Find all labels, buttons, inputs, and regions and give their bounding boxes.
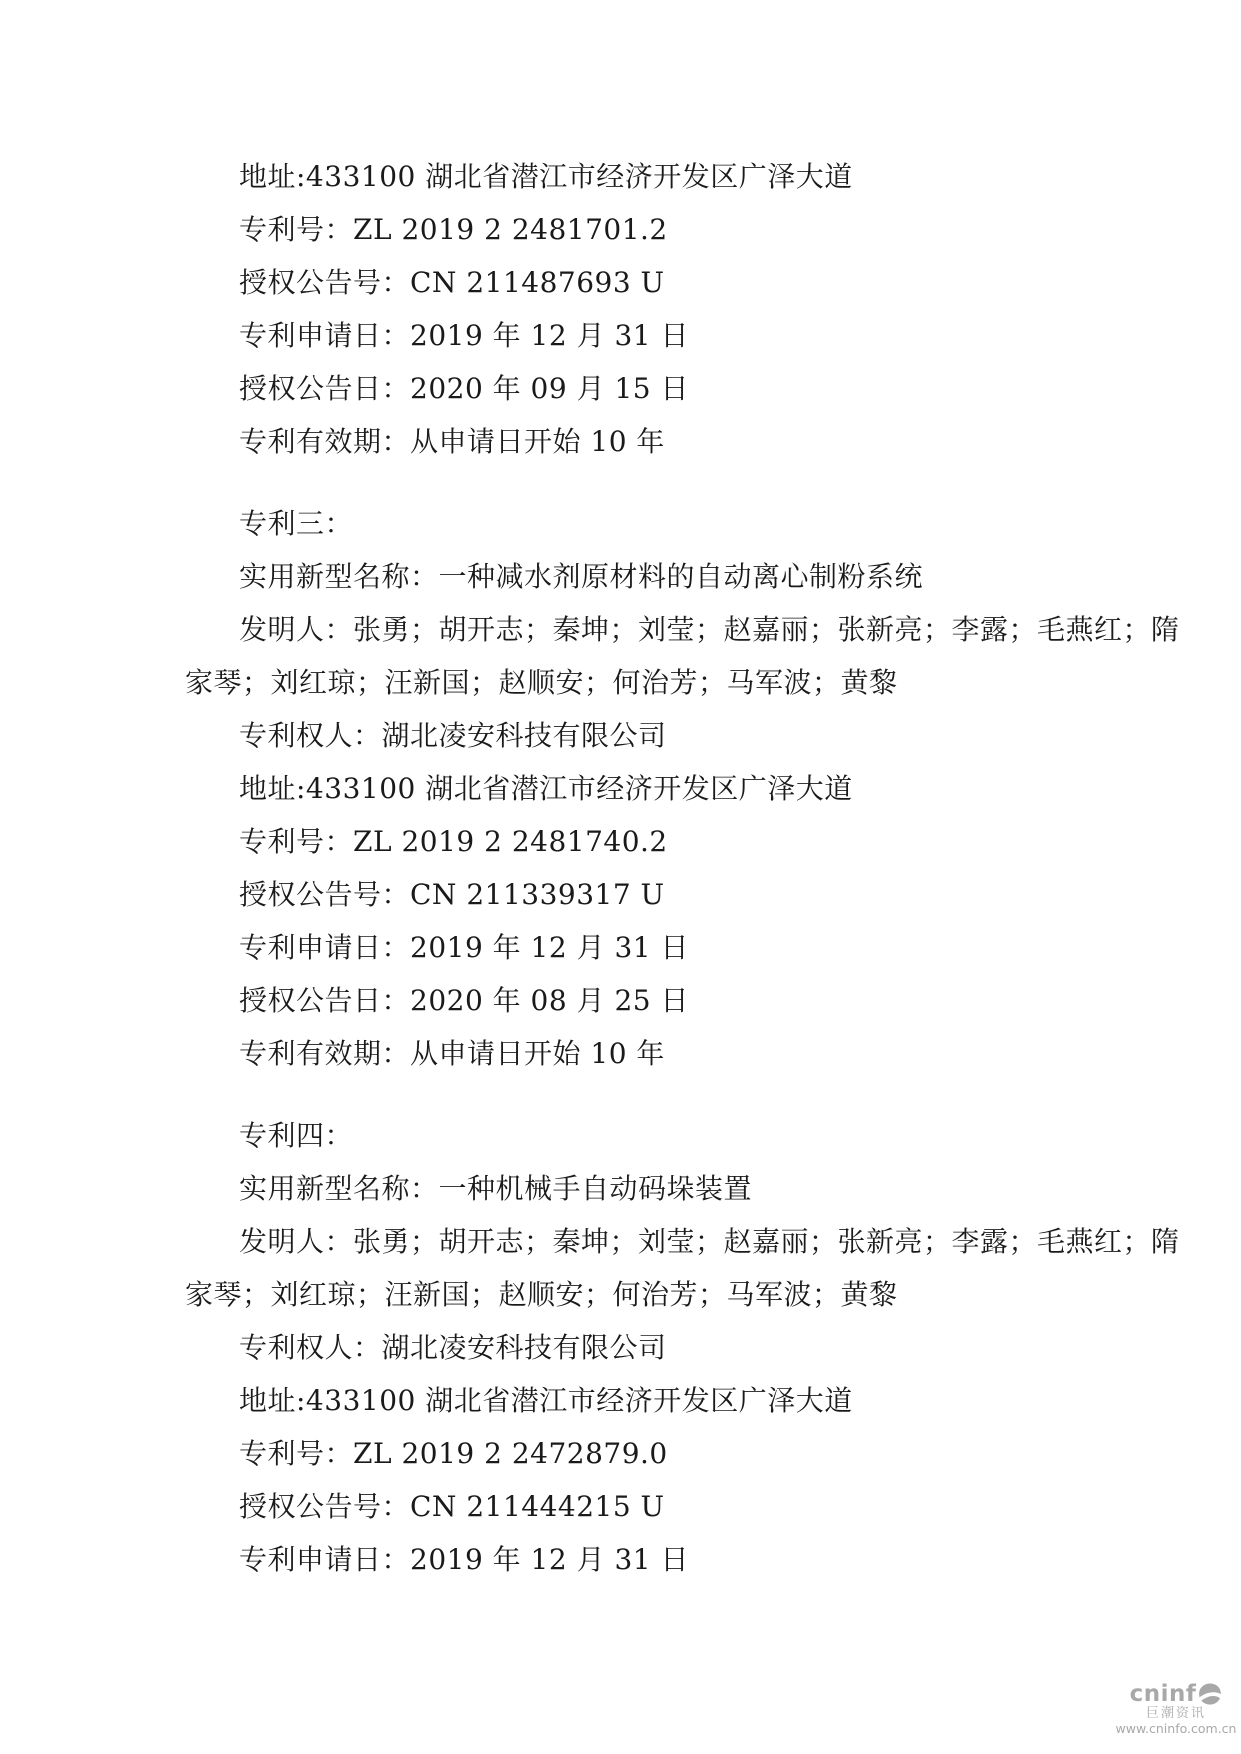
patent-2-validity: 专利有效期：从申请日开始 10 年: [185, 415, 1065, 468]
patent-3-number: 专利号：ZL 2019 2 2481740.2: [185, 815, 1065, 868]
patent-2-grant-number: 授权公告号：CN 211487693 U: [185, 256, 1065, 309]
patent-4-application-date: 专利申请日：2019 年 12 月 31 日: [185, 1533, 1065, 1586]
document-body: 地址:433100 湖北省潜江市经济开发区广泽大道 专利号：ZL 2019 2 …: [185, 150, 1065, 1586]
section-divider: [185, 468, 1065, 497]
patent-4-heading: 专利四：: [185, 1109, 1065, 1162]
patent-2-number: 专利号：ZL 2019 2 2481701.2: [185, 203, 1065, 256]
patent-4-grant-number: 授权公告号：CN 211444215 U: [185, 1480, 1065, 1533]
cninfo-watermark: cninf 巨潮资讯 www.cninfo.com.cn: [1118, 1682, 1234, 1735]
patent-2-details: 地址:433100 湖北省潜江市经济开发区广泽大道 专利号：ZL 2019 2 …: [185, 150, 1065, 468]
patent-3-inventors-line-1: 发明人：张勇；胡开志；秦坤；刘莹；赵嘉丽；张新亮；李露；毛燕红；隋: [185, 603, 1065, 656]
patent-4-number: 专利号：ZL 2019 2 2472879.0: [185, 1427, 1065, 1480]
patent-3-grant-date: 授权公告日：2020 年 08 月 25 日: [185, 974, 1065, 1027]
cninfo-logo: cninf: [1130, 1682, 1223, 1706]
patent-4-inventors-line-1: 发明人：张勇；胡开志；秦坤；刘莹；赵嘉丽；张新亮；李露；毛燕红；隋: [185, 1215, 1065, 1268]
patent-2-address: 地址:433100 湖北省潜江市经济开发区广泽大道: [185, 150, 1065, 203]
patent-4-inventors-line-2: 家琴；刘红琼；汪新国；赵顺安；何治芳；马军波；黄黎: [185, 1268, 1065, 1321]
cninfo-swirl-icon: [1198, 1682, 1222, 1706]
patent-3-application-date: 专利申请日：2019 年 12 月 31 日: [185, 921, 1065, 974]
cninfo-site-name: 巨潮资讯: [1146, 1707, 1206, 1721]
cninfo-site-url: www.cninfo.com.cn: [1116, 1722, 1237, 1735]
patent-3-address: 地址:433100 湖北省潜江市经济开发区广泽大道: [185, 762, 1065, 815]
cninfo-logo-text: cninf: [1130, 1683, 1197, 1706]
patent-2-application-date: 专利申请日：2019 年 12 月 31 日: [185, 309, 1065, 362]
section-divider: [185, 1080, 1065, 1109]
patent-2-grant-date: 授权公告日：2020 年 09 月 15 日: [185, 362, 1065, 415]
patent-3-patentee: 专利权人：湖北凌安科技有限公司: [185, 709, 1065, 762]
patent-4-section: 专利四： 实用新型名称：一种机械手自动码垛装置 发明人：张勇；胡开志；秦坤；刘莹…: [185, 1109, 1065, 1586]
patent-3-heading: 专利三：: [185, 497, 1065, 550]
patent-3-inventors-line-2: 家琴；刘红琼；汪新国；赵顺安；何治芳；马军波；黄黎: [185, 656, 1065, 709]
patent-3-grant-number: 授权公告号：CN 211339317 U: [185, 868, 1065, 921]
patent-4-patentee: 专利权人：湖北凌安科技有限公司: [185, 1321, 1065, 1374]
patent-4-model-name: 实用新型名称：一种机械手自动码垛装置: [185, 1162, 1065, 1215]
patent-3-validity: 专利有效期：从申请日开始 10 年: [185, 1027, 1065, 1080]
document-page: 地址:433100 湖北省潜江市经济开发区广泽大道 专利号：ZL 2019 2 …: [0, 0, 1241, 1754]
patent-3-model-name: 实用新型名称：一种减水剂原材料的自动离心制粉系统: [185, 550, 1065, 603]
patent-3-section: 专利三： 实用新型名称：一种减水剂原材料的自动离心制粉系统 发明人：张勇；胡开志…: [185, 497, 1065, 1080]
patent-4-address: 地址:433100 湖北省潜江市经济开发区广泽大道: [185, 1374, 1065, 1427]
